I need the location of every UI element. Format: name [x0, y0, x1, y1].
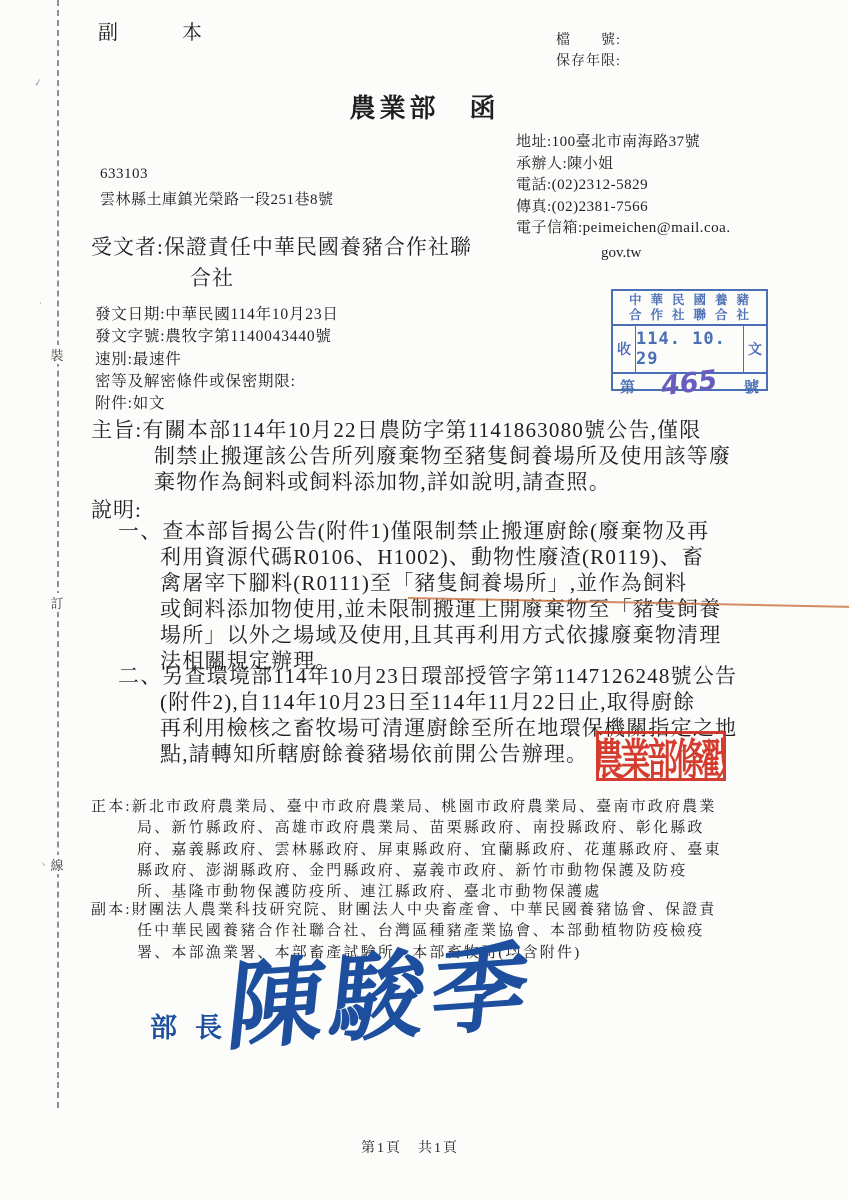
stamp-receive-char: 收	[613, 326, 636, 372]
stamp-number-prefix: 第	[620, 376, 635, 397]
stamp-org-name: 中華民國養豬 合作社聯合社	[613, 291, 766, 326]
binding-mark-xian: 線	[47, 855, 67, 874]
stamp-number-row: 第 465 號	[613, 374, 766, 398]
page-footer: 第1頁 共1頁	[300, 1137, 520, 1157]
explanation-item-1: 一、查本部旨揭公告(附件1)僅限制禁止搬運廚餘(廢棄物及再 利用資源代碼R010…	[118, 518, 721, 674]
document-page: 裝 訂 線 ✓ ˏ ヽ 副 本 檔 號: 保存年限: 農業部 函 地址:100臺…	[0, 0, 849, 1200]
recipient-postal-code: 633103	[100, 166, 148, 183]
binding-mark-ding: 訂	[47, 593, 67, 612]
receipt-stamp: 中華民國養豬 合作社聯合社 收 114. 10. 29 文 第 465 號	[611, 289, 768, 391]
scan-speck: ✓	[33, 77, 43, 89]
ministry-red-seal: 農業部條戳	[596, 731, 726, 781]
stamp-org-line2: 合作社聯合社	[621, 308, 766, 323]
file-number-block: 檔 號: 保存年限:	[556, 30, 621, 72]
stamp-handwritten-number: 465	[660, 364, 720, 402]
sender-contact-block: 地址:100臺北市南海路37號 承辦人:陳小姐 電話:(02)2312-5829…	[516, 132, 731, 240]
retention-label: 保存年限:	[556, 51, 621, 72]
sender-email-wrap: gov.tw	[601, 245, 641, 262]
stamp-date: 114. 10. 29	[636, 326, 743, 372]
stamp-org-line1: 中華民國養豬	[621, 293, 766, 308]
file-number-label: 檔 號:	[556, 30, 621, 51]
document-title: 農業部 函	[0, 88, 849, 125]
subject-paragraph: 主旨:有關本部114年10月22日農防字第1141863080號公告,僅限 制禁…	[91, 417, 731, 495]
stamp-number-suffix: 號	[744, 376, 759, 397]
binding-dashed-line	[57, 0, 59, 1108]
recipient-name: 受文者:保證責任中華民國養豬合作社聯 合社	[91, 232, 472, 294]
copy-label: 副 本	[98, 16, 224, 45]
stamp-doc-char: 文	[743, 326, 766, 372]
scan-speck: ˏ	[38, 294, 45, 305]
original-recipients-block: 正本:新北市政府農業局、臺中市政府農業局、桃園市政府農業局、臺南市政府農業 局、…	[91, 797, 722, 903]
minister-signature: 陳駿季	[223, 939, 538, 1057]
binding-mark-zhuang: 裝	[47, 345, 67, 364]
ministry-red-seal-text: 農業部條戳	[596, 731, 726, 781]
doc-meta-block: 發文日期:中華民國114年10月23日 發文字號:農牧字第1140043440號…	[95, 304, 339, 415]
recipient-street-address: 雲林縣土庫鎮光榮路一段251巷8號	[100, 188, 334, 209]
